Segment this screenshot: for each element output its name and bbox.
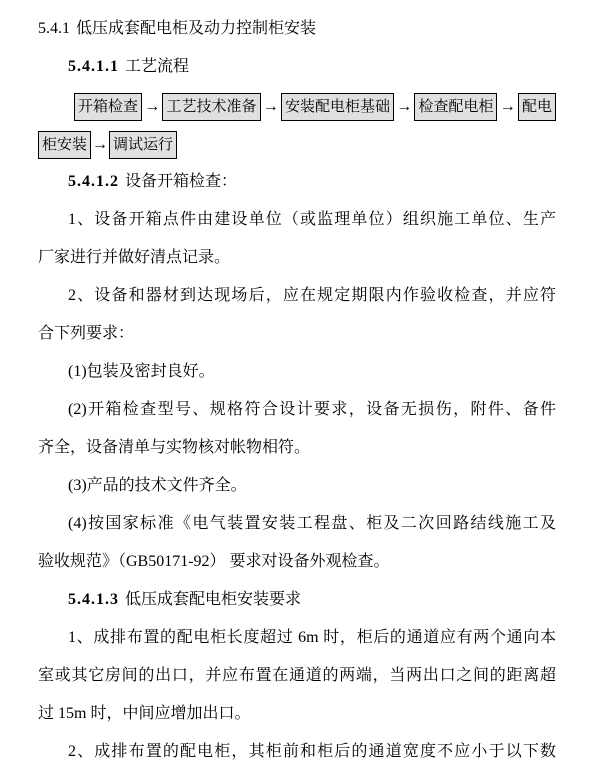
heading-text: 低压成套配电柜安装要求: [125, 591, 301, 608]
heading-5-4-1-2: 5.4.1.2设备开箱检查：: [38, 163, 556, 201]
heading-5-4-1-1: 5.4.1.1工艺流程: [38, 48, 556, 86]
paragraph-line: (1)包装及密封良好。: [38, 353, 556, 391]
flow-box-tech-preparation: 工艺技术准备: [162, 93, 260, 121]
process-flowchart-row-2: 柜安装 → 调试运行: [38, 131, 556, 159]
flow-arrow-icon: →: [91, 132, 109, 158]
paragraph-line: (4)按国家标准《电气装置安装工程盘、柜及二次回路结线施工及: [38, 505, 556, 543]
heading-number: 5.4.1.2: [68, 173, 119, 190]
flow-box-cabinet-install-part1: 配电: [518, 93, 556, 121]
paragraph-line: 齐全，设备清单与实物核对帐物相符。: [38, 429, 556, 467]
paragraph-line: 过 15m 时，中间应增加出口。: [38, 695, 556, 733]
flow-box-debug-run: 调试运行: [109, 131, 177, 159]
heading-number: 5.4.1.3: [68, 591, 119, 608]
flow-arrow-icon: →: [143, 94, 161, 120]
flow-arrow-icon: →: [395, 94, 413, 120]
flow-box-cabinet-install-part2: 柜安装: [38, 131, 91, 159]
paragraph-line: 2、成排布置的配电柜，其柜前和柜后的通道宽度不应小于以下数: [38, 733, 556, 767]
flow-arrow-icon: →: [499, 94, 517, 120]
flow-box-check-cabinet: 检查配电柜: [414, 93, 497, 121]
document-page: 5.4.1低压成套配电柜及动力控制柜安装 5.4.1.1工艺流程 开箱检查 → …: [0, 0, 596, 767]
paragraph-line: (2)开箱检查型号、规格符合设计要求，设备无损伤，附件、备件: [38, 391, 556, 429]
paragraph-line: 2、设备和器材到达现场后，应在规定期限内作验收检查，并应符: [38, 277, 556, 315]
heading-number: 5.4.1: [38, 20, 70, 37]
heading-text: 设备开箱检查：: [125, 173, 237, 190]
paragraph-line: (3)产品的技术文件齐全。: [38, 467, 556, 505]
paragraph-line: 室或其它房间的出口，并应布置在通道的两端，当两出口之间的距离超: [38, 657, 556, 695]
paragraph-line: 验收规范》（GB50171-92） 要求对设备外观检查。: [38, 543, 556, 581]
process-flowchart-row-1: 开箱检查 → 工艺技术准备 → 安装配电柜基础 → 检查配电柜 → 配电: [74, 93, 556, 121]
flow-box-open-box-inspection: 开箱检查: [74, 93, 142, 121]
heading-text: 低压成套配电柜及动力控制柜安装: [76, 20, 316, 37]
paragraph-line: 1、设备开箱点件由建设单位（或监理单位）组织施工单位、生产: [38, 201, 556, 239]
flow-arrow-icon: →: [262, 94, 280, 120]
paragraph-line: 合下列要求：: [38, 315, 556, 353]
heading-5-4-1-3: 5.4.1.3低压成套配电柜安装要求: [38, 581, 556, 619]
heading-number: 5.4.1.1: [68, 58, 119, 75]
flow-box-install-cabinet-base: 安装配电柜基础: [281, 93, 394, 121]
paragraph-line: 厂家进行并做好清点记录。: [38, 239, 556, 277]
heading-text: 工艺流程: [125, 58, 189, 75]
heading-5-4-1: 5.4.1低压成套配电柜及动力控制柜安装: [38, 10, 556, 48]
paragraph-line: 1、成排布置的配电柜长度超过 6m 时，柜后的通道应有两个通向本: [38, 619, 556, 657]
